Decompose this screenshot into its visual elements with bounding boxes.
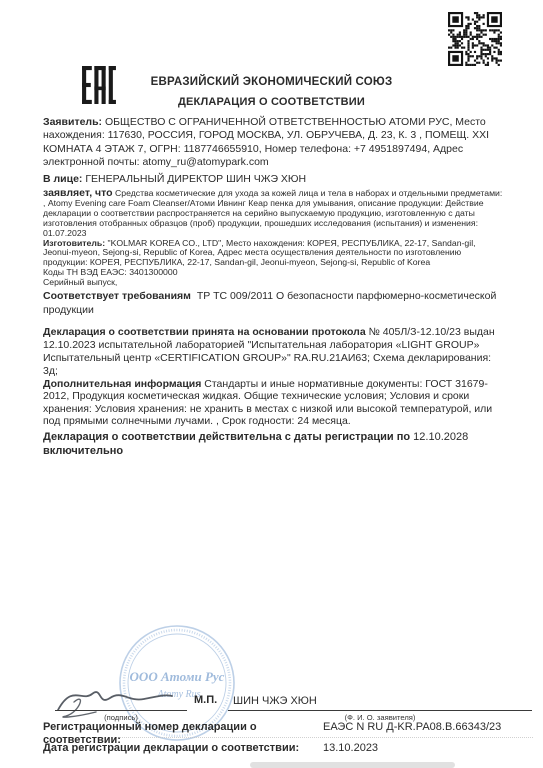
- compliance-label: Соответствует требованиям: [43, 290, 191, 302]
- registration-date-row: Дата регистрации декларации о соответств…: [43, 742, 518, 755]
- manufacturer-paragraph: Изготовитель: "KOLMAR KOREA CO., LTD", М…: [43, 239, 505, 269]
- additional-info-label: Дополнительная информация: [43, 378, 201, 390]
- scan-artifact-smudge: [250, 762, 455, 768]
- manufacturer-text: "KOLMAR KOREA CO., LTD", Место нахождени…: [43, 238, 476, 268]
- union-title: ЕВРАЗИЙСКИЙ ЭКОНОМИЧЕСКИЙ СОЮЗ: [0, 76, 543, 88]
- manufacturer-label: Изготовитель:: [43, 238, 105, 248]
- declaration-document: ЕВРАЗИЙСКИЙ ЭКОНОМИЧЕСКИЙ СОЮЗ ДЕКЛАРАЦИ…: [0, 0, 543, 768]
- validity-suffix: включительно: [43, 445, 123, 457]
- product-paragraph: заявляет, что Средства косметические для…: [43, 189, 505, 239]
- fio-line: [228, 710, 532, 711]
- signature-line: [55, 710, 187, 711]
- validity-label: Декларация о соответствии действительна …: [43, 431, 410, 443]
- seal-place-label: М.П.: [194, 694, 217, 706]
- represented-by-label: В лице:: [43, 173, 82, 185]
- document-title: ДЕКЛАРАЦИЯ О СООТВЕТСТВИИ: [0, 96, 543, 108]
- registration-date-label: Дата регистрации декларации о соответств…: [43, 742, 323, 755]
- represented-by-paragraph: В лице: ГЕНЕРАЛЬНЫЙ ДИРЕКТОР ШИН ЧЖЭ ХЮН: [43, 173, 505, 186]
- serial-line: Серийный выпуск,: [43, 278, 505, 288]
- validity-date: 12.10.2028: [413, 431, 468, 443]
- compliance-paragraph: Соответствует требованиям ТР ТС 009/2011…: [43, 290, 505, 317]
- applicant-text: ОБЩЕСТВО С ОГРАНИЧЕННОЙ ОТВЕТСТВЕННОСТЬЮ…: [43, 116, 489, 168]
- represented-by-text: ГЕНЕРАЛЬНЫЙ ДИРЕКТОР ШИН ЧЖЭ ХЮН: [85, 173, 306, 185]
- applicant-label: Заявитель:: [43, 116, 102, 128]
- registration-date-value: 13.10.2023: [323, 742, 378, 755]
- validity-paragraph: Декларация о соответствии действительна …: [43, 430, 505, 458]
- qr-code: [448, 12, 502, 66]
- additional-info-paragraph: Дополнительная информация Стандарты и ин…: [43, 378, 505, 427]
- document-body: Заявитель: ОБЩЕСТВО С ОГРАНИЧЕННОЙ ОТВЕТ…: [43, 116, 505, 458]
- basis-paragraph: Декларация о соответствии принята на осн…: [43, 326, 505, 378]
- applicant-fio: ШИН ЧЖЭ ХЮН: [233, 695, 317, 707]
- applicant-paragraph: Заявитель: ОБЩЕСТВО С ОГРАНИЧЕННОЙ ОТВЕТ…: [43, 116, 505, 170]
- basis-label: Декларация о соответствии принята на осн…: [43, 326, 366, 338]
